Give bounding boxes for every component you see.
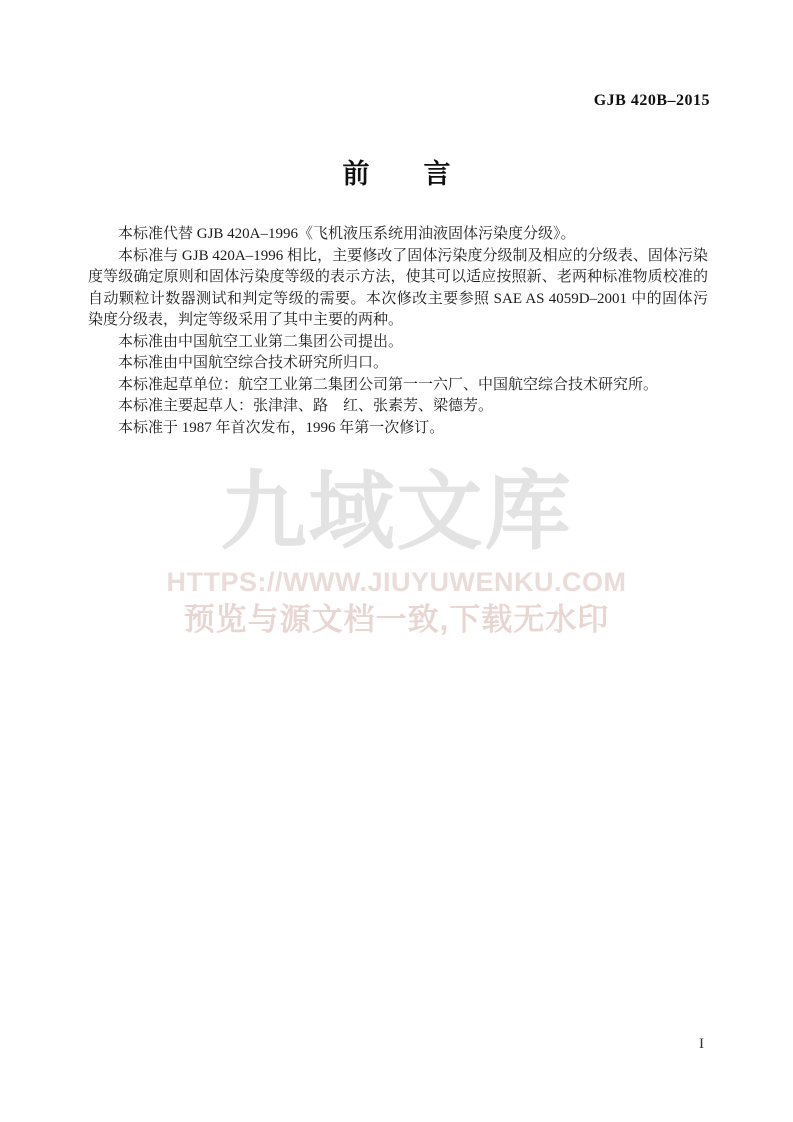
- watermark-brand: 九域文库: [0, 462, 793, 562]
- foreword-paragraph: 本标准代替 GJB 420A–1996《飞机液压系统用油液固体污染度分级》。: [88, 224, 708, 246]
- foreword-paragraph: 本标准由中国航空工业第二集团公司提出。: [88, 332, 708, 354]
- foreword-body: 本标准代替 GJB 420A–1996《飞机液压系统用油液固体污染度分级》。 本…: [88, 224, 708, 439]
- foreword-paragraph: 本标准于 1987 年首次发布，1996 年第一次修订。: [88, 418, 708, 440]
- watermark-url: HTTPS://WWW.JIUYUWENKU.COM: [0, 566, 793, 598]
- standard-number: GJB 420B–2015: [594, 92, 710, 110]
- foreword-paragraph: 本标准起草单位：航空工业第二集团公司第一一六厂、中国航空综合技术研究所。: [88, 375, 708, 397]
- page-number: I: [699, 1036, 704, 1053]
- foreword-paragraph: 本标准主要起草人：张津津、路 红、张素芳、梁德芳。: [88, 396, 708, 418]
- document-page: GJB 420B–2015 前 言 本标准代替 GJB 420A–1996《飞机…: [0, 0, 793, 1122]
- foreword-paragraph: 本标准与 GJB 420A–1996 相比，主要修改了固体污染度分级制及相应的分…: [88, 246, 708, 332]
- foreword-title: 前 言: [0, 152, 793, 191]
- watermark-tagline: 预览与源文档一致,下载无水印: [0, 600, 793, 640]
- foreword-paragraph: 本标准由中国航空综合技术研究所归口。: [88, 353, 708, 375]
